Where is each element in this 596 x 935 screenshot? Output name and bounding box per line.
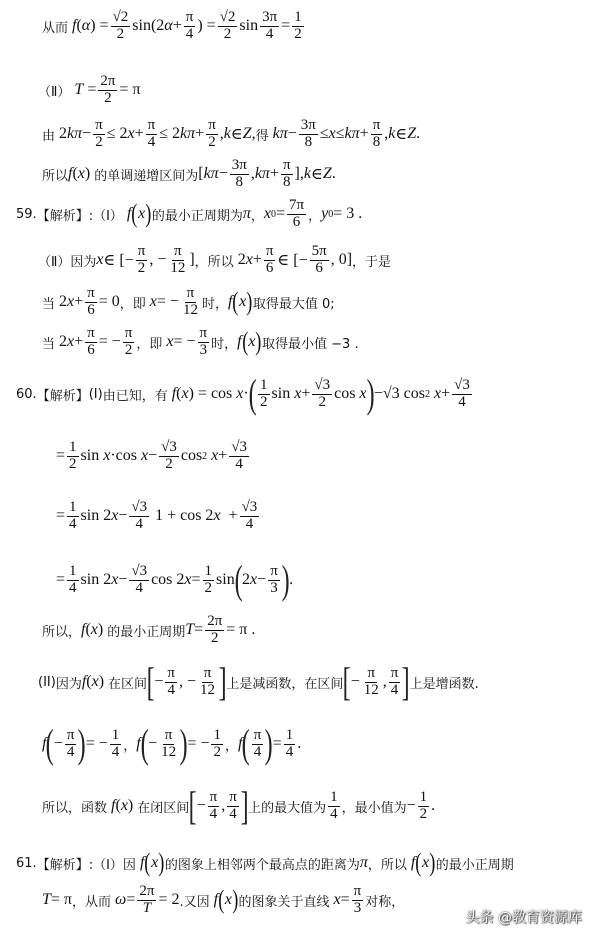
text: 时， (202, 293, 228, 312)
text: 所以 (42, 165, 68, 184)
fraction: 3π8 (230, 158, 249, 191)
question-number: 59. (16, 207, 37, 222)
line-15: f ( − π4 ) = − 14 ， f ( − π12 ) = − 12 ，… (42, 724, 301, 764)
fraction: π3 (352, 884, 364, 917)
text: 的最小正周期 (436, 854, 514, 873)
text: 的最小正周期 (107, 621, 185, 640)
text: ，所以 (195, 251, 234, 270)
line-17-q61: 61. 【解析】: （I） 因 f(x) 的图象上相邻两个最高点的距离为 π ，… (16, 848, 514, 878)
fraction: π12 (198, 666, 217, 699)
question-number: 60. (16, 387, 37, 402)
text: (I) (89, 387, 103, 402)
fraction: 12 (211, 728, 223, 761)
label-jiexi: 【解析】: (37, 205, 93, 224)
text: 的图象关于直线 (239, 891, 330, 910)
fraction: π6 (264, 244, 276, 277)
fraction: √34 (240, 500, 260, 533)
fraction: π6 (85, 326, 97, 359)
text: ，所以 (368, 854, 407, 873)
text: 因 (123, 854, 136, 873)
fraction: π2 (136, 244, 148, 277)
line-16: 所以， 函数 f(x) 在闭区间 [ − π4 , π4 ] 上的最大值为 14… (42, 786, 435, 826)
fraction: π4 (208, 790, 220, 823)
question-number: 61. (16, 856, 37, 871)
text: 当 (42, 293, 55, 312)
text: 从而 (42, 17, 68, 36)
text: 在闭区间 (137, 797, 189, 816)
line-5-q59: 59. 【解析】: （I） f(x) 的最小正周期为 π ， x0 = 7π6 … (16, 198, 362, 231)
fraction: π12 (362, 666, 381, 699)
fraction: π12 (181, 286, 200, 319)
text: 所以， (42, 797, 81, 816)
fraction: 7π6 (287, 198, 306, 231)
fraction: π4 (146, 118, 158, 151)
line-14: (II) 因为 f(x) 在区间 [ − π4 , − π12 ] 上是减函数，… (38, 662, 479, 702)
text: 当 (42, 333, 55, 352)
text: ，最小值为 (342, 797, 407, 816)
fraction: 5π6 (310, 244, 329, 277)
text: （I） (93, 205, 123, 224)
fraction: π4 (184, 10, 196, 43)
fraction: √34 (229, 440, 249, 473)
fraction: π8 (371, 118, 383, 151)
label-jiexi: 【解析】: (37, 854, 93, 873)
fraction: π2 (123, 326, 135, 359)
text: 由已知，有 (103, 385, 168, 404)
text: 在区间 (108, 673, 147, 692)
line-18: T = π ，从而 ω = 2πT = 2 .又因 f(x) 的图象关于直线 x… (42, 884, 404, 917)
fraction: π4 (389, 666, 401, 699)
fraction: 12 (203, 564, 215, 597)
text: 取得最小值 −3 . (262, 333, 359, 352)
line-4: 所以 f(x) 的单调递增区间为 [kπ − 3π8 ,kπ + π8 ],k … (42, 158, 336, 191)
fraction: π2 (93, 118, 105, 151)
text: .又因 (179, 891, 209, 910)
text: （Ⅱ） (38, 81, 70, 100)
line-1: 从而 f(α) = √22 sin(2α + π4 ) = √22 sin 3π… (42, 10, 306, 43)
fraction: 3π8 (299, 118, 318, 151)
fraction: 3π4 (260, 10, 279, 43)
fraction: 14 (328, 790, 340, 823)
fraction: 14 (67, 500, 79, 533)
text: 上的最大值为 (248, 797, 326, 816)
fraction: 12 (418, 790, 430, 823)
text: （I） (93, 854, 123, 873)
fraction: π3 (268, 564, 280, 597)
fraction: 14 (67, 564, 79, 597)
text: ，即 (120, 293, 146, 312)
fraction: 2π2 (98, 74, 117, 107)
text: ， (123, 735, 136, 754)
fraction: π12 (168, 244, 187, 277)
text: ，即 (136, 333, 162, 352)
text: ，于是 (352, 251, 391, 270)
fraction: √34 (129, 564, 149, 597)
fraction: π2 (206, 118, 218, 151)
fraction: 12 (292, 10, 304, 43)
line-9-q60: 60. 【解析】 (I) 由已知，有 f(x) = cos x· ( 12 si… (16, 374, 474, 414)
text: 由 (42, 125, 55, 144)
line-12: = 14 sin 2x − √34 cos 2x = 12 sin ( 2x −… (56, 560, 293, 600)
fraction: 2π2 (205, 614, 224, 647)
line-8: 当 2x + π6 = − π2 ，即 x = − π3 时， f(x) 取得最… (42, 326, 359, 359)
text: ， (251, 205, 264, 224)
line-3: 由 2kπ − π2 ≤ 2x + π4 ≤ 2kπ + π2 ,k ∈ Z, … (42, 118, 420, 151)
fraction: √32 (159, 440, 179, 473)
fraction: √34 (129, 500, 149, 533)
watermark: 头条 @教育资源库 (466, 907, 582, 927)
fraction: π12 (159, 728, 178, 761)
fraction: π4 (65, 728, 77, 761)
text: (II) (38, 675, 56, 690)
fraction: π4 (165, 666, 177, 699)
text: ， (225, 735, 238, 754)
fraction: 12 (67, 440, 79, 473)
fraction: 2πT (137, 884, 156, 917)
text: 的图象上相邻两个最高点的距离为 (165, 854, 360, 873)
fraction: π4 (252, 728, 264, 761)
line-6: （Ⅱ） 因为 x ∈ [− π2 , − π12 ] ，所以 2x + π6 ∈… (38, 244, 391, 277)
text: ， (308, 205, 321, 224)
fraction: √22 (218, 10, 238, 43)
line-13: 所以， f(x) 的最小正周期 T = 2π2 = π . (42, 614, 255, 647)
text: 得 (256, 125, 269, 144)
line-11: = 14 sin 2x − √34 1 + cos 2x + √34 (56, 500, 261, 533)
math: f (68, 17, 76, 35)
text: 的最小正周期为 (152, 205, 243, 224)
text: 取得最大值 0; (253, 293, 335, 312)
text: 因为 (70, 251, 96, 270)
text: 函数 (81, 797, 107, 816)
text: （Ⅱ） (38, 251, 70, 270)
fraction: √22 (111, 10, 131, 43)
text: 因为 (56, 673, 82, 692)
line-2: （Ⅱ） T = 2π2 = π (38, 74, 141, 107)
text: ，从而 (72, 891, 111, 910)
text: 时， (211, 333, 237, 352)
label-jiexi: 【解析】 (37, 385, 89, 404)
fraction: 14 (284, 728, 296, 761)
text: 上是增函数. (410, 673, 479, 692)
fraction: π4 (227, 790, 239, 823)
fraction: π3 (198, 326, 210, 359)
text: 对称， (365, 891, 404, 910)
fraction: 12 (258, 378, 270, 411)
fraction: √34 (452, 378, 472, 411)
fraction: π6 (85, 286, 97, 319)
line-7: 当 2x + π6 = 0 ，即 x = − π12 时， f(x) 取得最大值… (42, 286, 335, 319)
text: 所以， (42, 621, 81, 640)
fraction: π8 (281, 158, 293, 191)
fraction: 14 (110, 728, 122, 761)
line-10: = 12 sin x·cos x − √32 cos2 x + √34 (56, 440, 251, 473)
text: 的单调递增区间为 (94, 165, 198, 184)
fraction: √32 (312, 378, 332, 411)
text: 上是减函数，在区间 (226, 673, 343, 692)
